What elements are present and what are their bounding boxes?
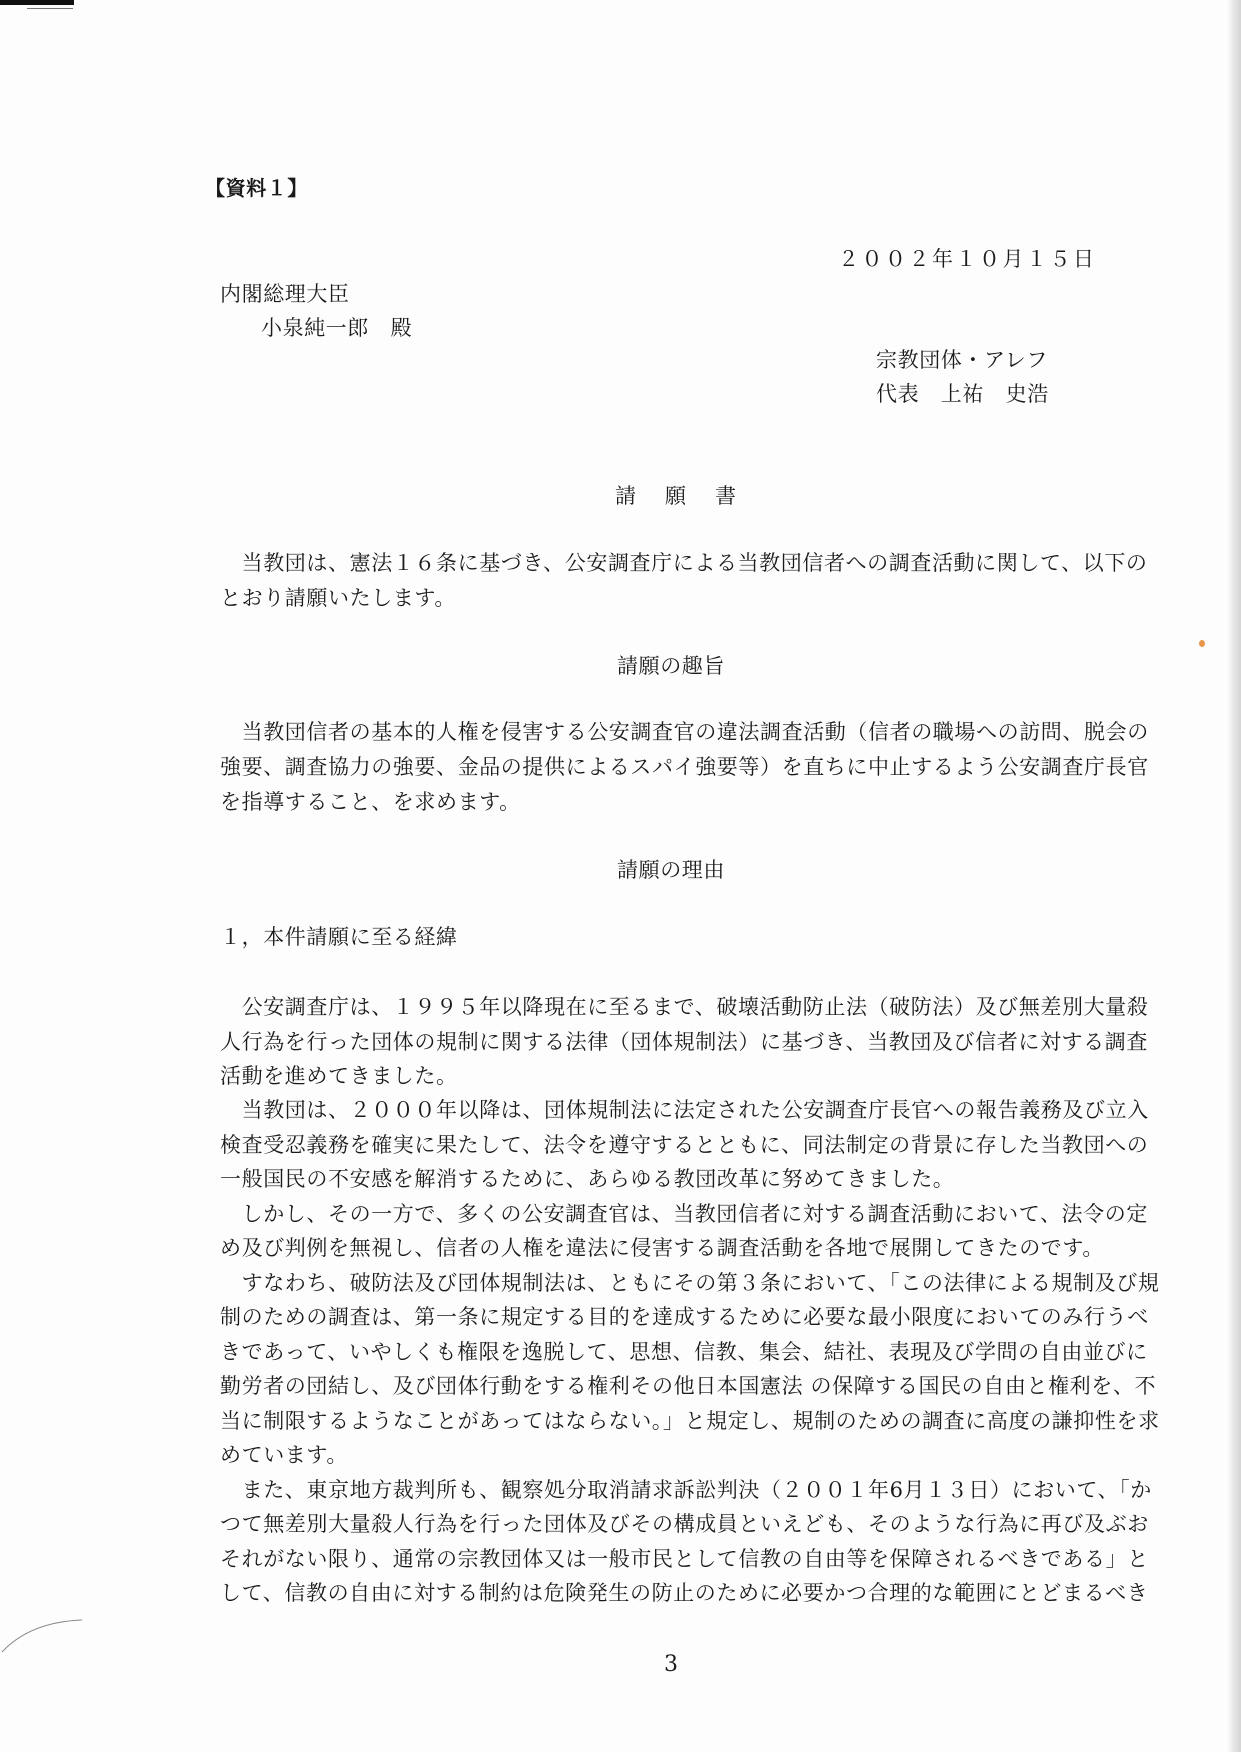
addressee-name: 小泉純一郎 殿 <box>261 318 412 339</box>
purpose-line: 強要、調査協力の強要、金品の提供によるスパイ強要等）を直ちに中止するよう公安調査… <box>220 757 1149 778</box>
reason-line: 公安調査庁は、１９９５年以降現在に至るまで、破壊活動防止法（破防法）及び無差別大… <box>220 997 1148 1018</box>
reason-line: 人行為を行った団体の規制に関する法律（団体規制法）に基づき、当教団及び信者に対す… <box>220 1032 1148 1053</box>
scan-shadow-right-edge <box>1227 0 1241 1752</box>
document-page: 【資料１】 ２００２年１０月１５日 内閣総理大臣 小泉純一郎 殿 宗教団体・アレ… <box>0 0 1241 1752</box>
document-date: ２００２年１０月１５日 <box>838 249 1097 270</box>
reason-line: 勤労者の団結し、及び団体行動をする権利その他日本国憲法 の保障する国民の自由と権… <box>220 1376 1156 1397</box>
reason-line: つて無差別大量殺人行為を行った団体及びその構成員といえども、そのような行為に再び… <box>220 1514 1149 1535</box>
reason-line: め及び判例を無視し、信者の人権を違法に侵害する調査活動を各地で展開してきたのです… <box>220 1238 1104 1259</box>
reason-line: すなわち、破防法及び団体規制法は、ともにその第３条において、「この法律による規制… <box>220 1273 1159 1294</box>
document-title: 請 願 書 <box>615 486 740 507</box>
scan-artifact-top <box>0 0 74 5</box>
reason-line: 当教団は、２０００年以降は、団体規制法に法定された公安調査庁長官への報告義務及び… <box>220 1100 1149 1121</box>
section-heading-purpose: 請願の趣旨 <box>617 656 725 677</box>
sender-organization: 宗教団体・アレフ <box>876 350 1048 371</box>
reason-line: 当に制限するようなことがあってはならない。」と規定し、規制のための調査に高度の謙… <box>220 1411 1160 1432</box>
reason-line: めています。 <box>220 1445 348 1466</box>
reason-line: しかし、その一方で、多くの公安調査官は、当教団信者に対する調査活動において、法令… <box>220 1204 1148 1225</box>
scan-artifact-dot <box>1199 640 1205 647</box>
document-label: 【資料１】 <box>205 178 308 198</box>
section-heading-reason: 請願の理由 <box>617 860 725 881</box>
reason-line: 一般国民の不安感を解消するために、あらゆる教団改革に努めてきました。 <box>220 1169 954 1190</box>
intro-line: とおり請願いたします。 <box>220 588 456 609</box>
reason-line: 検査受忍義務を確実に果たして、法令を遵守するとともに、同法制定の背景に存した当教… <box>220 1135 1148 1156</box>
intro-line: 当教団は、憲法１６条に基づき、公安調査庁による当教団信者への調査活動に関して、以… <box>220 553 1148 574</box>
sender-representative: 代表 上祐 史浩 <box>876 384 1049 405</box>
reason-line: それがない限り、通常の宗教団体又は一般市民として信教の自由等を保障されるべきであ… <box>220 1549 1149 1570</box>
scan-artifact-top-line <box>27 8 73 9</box>
reason-line: また、東京地方裁判所も、観察処分取消請求訴訟判決（２００１年6月１３日）において… <box>220 1480 1152 1501</box>
reason-line: 活動を進めてきました。 <box>220 1066 458 1087</box>
purpose-line: 当教団信者の基本的人権を侵害する公安調査官の違法調査活動（信者の職場への訪問、脱… <box>220 722 1149 743</box>
reason-line: きであって、いやしくも権限を逸脱して、思想、信教、集会、結社、表現及び学問の自由… <box>220 1342 1148 1363</box>
addressee-title: 内閣総理大臣 <box>220 284 350 305</box>
scan-artifact-curve <box>0 1610 90 1660</box>
reason-line: 制のための調査は、第一条に規定する目的を達成するために必要な最小限度においてのみ… <box>220 1307 1149 1328</box>
purpose-line: を指導すること、を求めます。 <box>220 792 521 813</box>
page-number: 3 <box>664 1652 678 1677</box>
reason-line: して、信教の自由に対する制約は危険発生の防止のために必要かつ合理的な範囲にとどま… <box>220 1583 1148 1604</box>
subsection-heading: １，本件請願に至る経緯 <box>220 927 458 948</box>
